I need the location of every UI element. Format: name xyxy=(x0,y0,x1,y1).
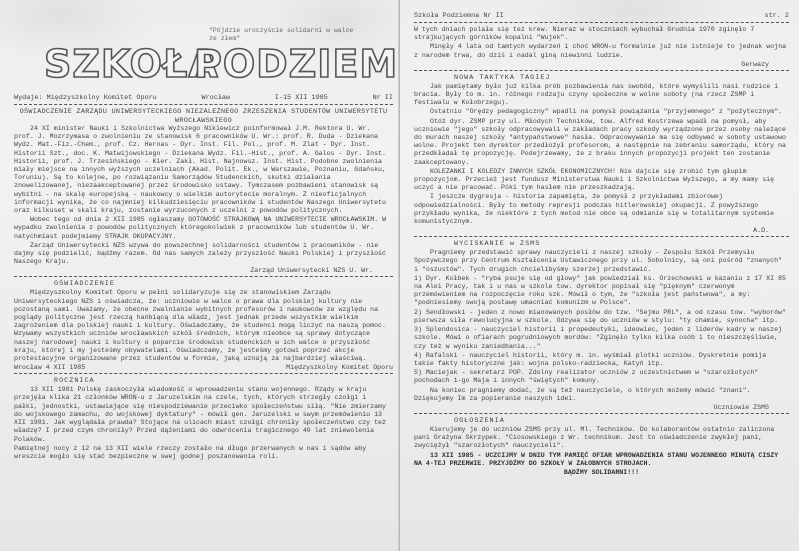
motto: "Pójdzie uroczyście solidarni w walce ze… xyxy=(209,27,359,43)
section3-paragraph: 13 XII 1985 - UCZCIJMY W DNIU TYM PAMIĘĆ… xyxy=(414,452,789,468)
intro-paragraph: W tych dniach polała się też krew. Niera… xyxy=(414,26,789,42)
statement-signature: Zarząd Uniwersytecki NZS U. Wr. xyxy=(14,267,373,274)
section2-paragraph: 5) Maciejak - sekretarz POP. Zdolny real… xyxy=(414,369,789,385)
declaration-signature: Międzyszkolny Komitet Oporu xyxy=(286,364,393,371)
section1-signature: A.D. xyxy=(414,227,769,234)
divider xyxy=(14,104,393,105)
page-2: Szkoła Podziemna Nr II str. 2 W tych dni… xyxy=(399,0,799,551)
statement-paragraph: 24 XI minister Nauki i Szkolnictwa Wyższ… xyxy=(14,125,393,215)
city: Wrocław xyxy=(202,94,231,102)
issue-line: Wydaje: Międzyszkolny Komitet Oporu Wroc… xyxy=(14,94,393,102)
page-1: "Pójdzie uroczyście solidarni w walce ze… xyxy=(0,0,399,551)
section2-title: WYCISKANIE w ZSMS xyxy=(454,240,789,248)
section2-signature: Uczniowie ZSMS xyxy=(414,404,769,411)
declaration-title: OŚWIADCZENIE xyxy=(54,280,393,288)
section2-paragraph: 3) Splendosica - nauczyciel historii i p… xyxy=(414,326,789,351)
anniversary-title: ROCZNICA xyxy=(54,377,393,385)
issue-number: Nr II xyxy=(373,94,393,102)
divider xyxy=(414,70,789,71)
newsletter-spread: "Pójdzie uroczyście solidarni w walce ze… xyxy=(0,0,799,551)
anniversary-paragraph: 13 XII 1981 Polskę zaskoczyła wiadomość … xyxy=(14,386,393,443)
divider xyxy=(414,22,789,23)
intro-paragraph: Minęły 4 lata od tamtych wydarzeń i choć… xyxy=(414,43,789,59)
divider xyxy=(414,236,789,237)
divider xyxy=(414,413,789,414)
statement-paragraph: Wobec tego od dnia 2 XII 1985 ogłaszamy … xyxy=(14,216,393,241)
issue-date: I-15 XII 1985 xyxy=(275,94,328,102)
section2-paragraph: 2) Sendłowski - jeden z nowo mianowanych… xyxy=(414,309,789,325)
section1-paragraph: Ostatnio "Orędzy pedagogiczny" wpadli na… xyxy=(414,108,789,116)
declaration-paragraph: Międzyszkolny Komitet Oporu w pełni soli… xyxy=(14,289,393,363)
section3-paragraph: Kierujemy je do uczniów ZSMS przy ul. Ml… xyxy=(414,426,789,451)
title-szkola: SZKOŁA xyxy=(44,42,219,86)
closing-slogan: BĄDŹMY SOLIDARNI!!! xyxy=(414,469,789,477)
declaration-footer: Wrocław 4 XII 1985 Międzyszkolny Komitet… xyxy=(14,364,393,371)
declaration-place-date: Wrocław 4 XII 1985 xyxy=(14,364,85,371)
divider xyxy=(14,373,393,374)
section1-paragraph: I jeszcze dygresja - historia zapamięta,… xyxy=(414,193,789,226)
anniversary-paragraph: Pamiętnej nocy z 12 na 13 XII wiele rzec… xyxy=(14,445,393,461)
section2-paragraph: 4) Rafalski - nauczyciel historii, który… xyxy=(414,352,789,368)
statement-paragraph: Zarząd Uniwersytecki NZS wzywa do powsze… xyxy=(14,242,393,267)
running-head: Szkoła Podziemna Nr II xyxy=(414,12,504,20)
running-header: Szkoła Podziemna Nr II str. 2 xyxy=(414,12,789,20)
section3-title: OGŁOSZENIA xyxy=(454,417,789,425)
page-number: str. 2 xyxy=(765,12,789,20)
title-podziemna: PODZIEMNA xyxy=(194,42,399,86)
section1-paragraph: KOLEŻANKI I KOLEDZY INNYCH SZKÓŁ EKONOMI… xyxy=(414,168,789,193)
section2-paragraph: Na koniec pragniemy dodać, że są też nau… xyxy=(414,387,789,403)
section1-paragraph: Otóż dyr. ZSMP przy ul. Młodych Technikó… xyxy=(414,118,789,167)
divider xyxy=(14,276,393,277)
statement-heading: OŚWIADCZENIE ZARZĄDU UNIWERSYTECKIEGO NI… xyxy=(14,108,393,125)
section1-title: NOWA TAKTYKA TAGIEJ xyxy=(454,74,789,82)
section1-paragraph: Jak pamiętamy było już kilka prób pozbaw… xyxy=(414,83,789,108)
section2-paragraph: Pragniemy przedstawić sprawy nauczycieli… xyxy=(414,249,789,274)
section2-paragraph: 1) Dyr. Kołbek - "ryba psuje się od głow… xyxy=(414,275,789,308)
masthead: "Pójdzie uroczyście solidarni w walce ze… xyxy=(14,0,393,90)
intro-signature: Gerwazy xyxy=(414,61,769,68)
publisher: Wydaje: Międzyszkolny Komitet Oporu xyxy=(14,94,157,102)
